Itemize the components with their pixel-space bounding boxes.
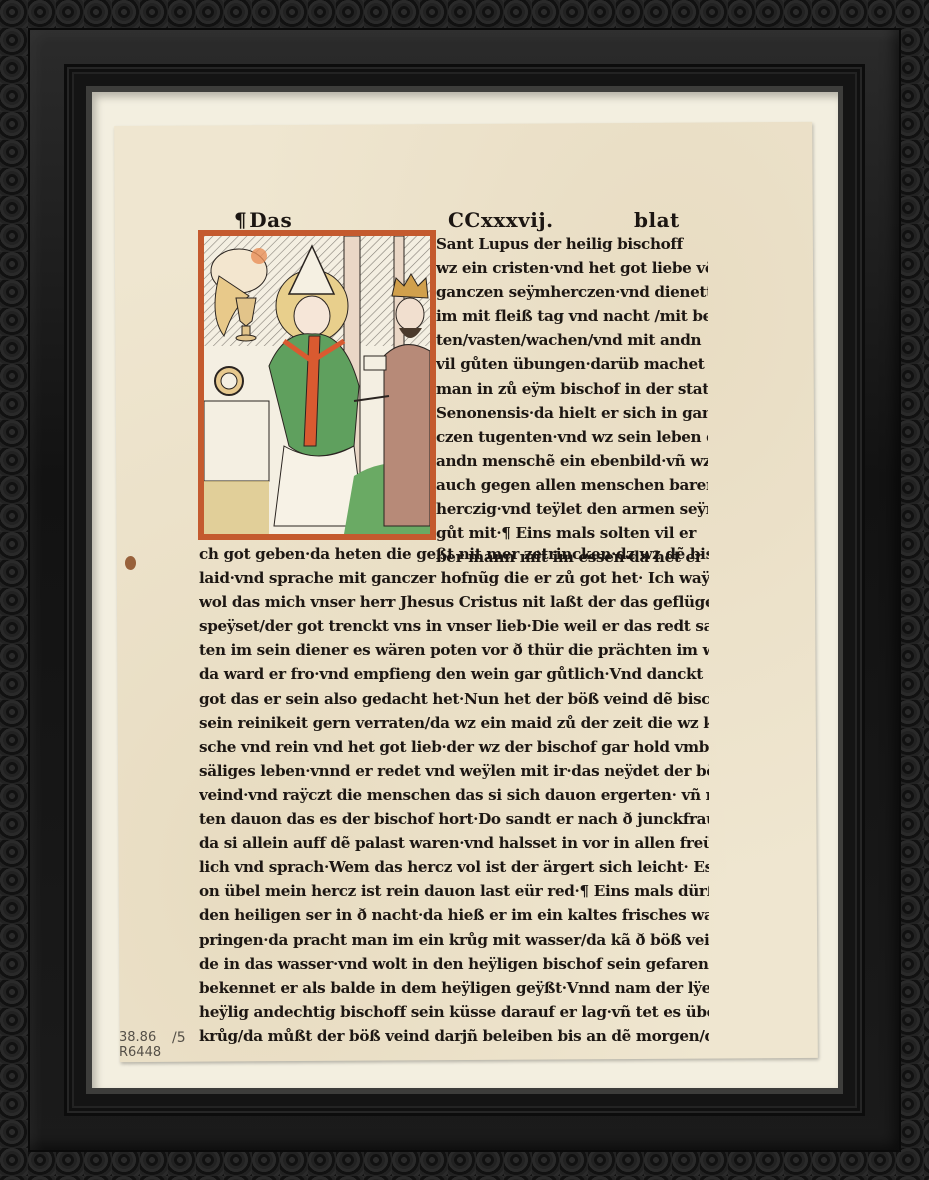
inventory-number: 38.86 R6448 xyxy=(119,1030,161,1060)
text-line: lich vnd sprach·Wem das hercz vol ist de… xyxy=(199,855,709,879)
text-line: wz ein cristen·vnd het got liebe võ xyxy=(436,256,708,280)
text-line: sche vnd rein vnd het got lieb·der wz de… xyxy=(199,735,709,759)
inventory-line-1: 38.86 xyxy=(119,1030,161,1045)
text-line: veind·vnd raÿczt die menschen das si sic… xyxy=(199,783,709,807)
text-line: man in zů eÿm bischof in der statt xyxy=(436,377,708,401)
text-line: da si allein auff dẽ palast waren·vnd ha… xyxy=(199,831,709,855)
text-line: krůg/da můßt der böß veind darjñ beleibe… xyxy=(199,1024,709,1048)
inventory-line-2: R6448 xyxy=(119,1045,161,1060)
woodcut-illustration-icon xyxy=(204,236,430,534)
text-line: da ward er fro·vnd empfieng den wein gar… xyxy=(199,662,709,686)
text-line: vil gůten übungen·darüb machet xyxy=(436,352,708,376)
hand-colored-woodcut xyxy=(198,230,436,540)
text-line: Senonensis·da hielt er sich in gan xyxy=(436,401,708,425)
text-line: got das er sein also gedacht het·Nun het… xyxy=(199,687,709,711)
text-line: czen tugenten·vnd wz sein leben dẽ xyxy=(436,425,708,449)
text-line: wol das mich vnser herr Jhesus Cristus n… xyxy=(199,590,709,614)
text-line: ten dauon das es der bischof hort·Do san… xyxy=(199,807,709,831)
text-line: den heiligen ser in ð nacht·da hieß er i… xyxy=(199,903,709,927)
text-line: ten im sein diener es wären poten vor ð … xyxy=(199,638,709,662)
text-line: on übel mein hercz ist rein dauon last e… xyxy=(199,879,709,903)
text-line: de in das wasser·vnd wolt in den heÿlige… xyxy=(199,952,709,976)
text-line: ten/vasten/wachen/vnd mit andn xyxy=(436,328,708,352)
text-line: sein reinikeit gern verraten/da wz ein m… xyxy=(199,711,709,735)
running-head-left-text: Das xyxy=(249,208,292,232)
foxing-stain xyxy=(125,556,136,570)
pilcrow-icon: ¶ xyxy=(234,208,247,232)
running-head-left: ¶Das xyxy=(234,208,292,232)
text-line: laid·vnd sprache mit ganczer hofnũg die … xyxy=(199,566,709,590)
text-line: bekennet er als balde in dem heÿligen ge… xyxy=(199,976,709,1000)
text-line: Sant Lupus der heilig bischoff xyxy=(436,232,708,256)
text-line: pringen·da pracht man im ein krůg mit wa… xyxy=(199,928,709,952)
text-line: ch got geben·da heten die geßt nit mer z… xyxy=(199,542,709,566)
text-line: auch gegen allen menschen barem xyxy=(436,473,708,497)
running-head-right: blat xyxy=(634,208,680,232)
folio-number: CCxxxvij. xyxy=(448,208,554,232)
text-line: herczig·vnd teÿlet den armen seÿn xyxy=(436,497,708,521)
inventory-suffix: /5 xyxy=(172,1030,186,1046)
text-block-full-width: ch got geben·da heten die geßt nit mer z… xyxy=(199,542,709,1048)
text-line: säliges leben·vnnd er redet vnd weÿlen m… xyxy=(199,759,709,783)
text-line: speÿset/der got trenckt vns in vnser lie… xyxy=(199,614,709,638)
text-line: heÿlig andechtig bischoff sein küsse dar… xyxy=(199,1000,709,1024)
text-line: andn menschẽ ein ebenbild·vñ wz xyxy=(436,449,708,473)
text-line: ganczen seÿmherczen·vnd dienett xyxy=(436,280,708,304)
text-column-beside-image: Sant Lupus der heilig bischoff wz ein cr… xyxy=(436,232,708,569)
text-line: im mit fleiß tag vnd nacht /mit be xyxy=(436,304,708,328)
